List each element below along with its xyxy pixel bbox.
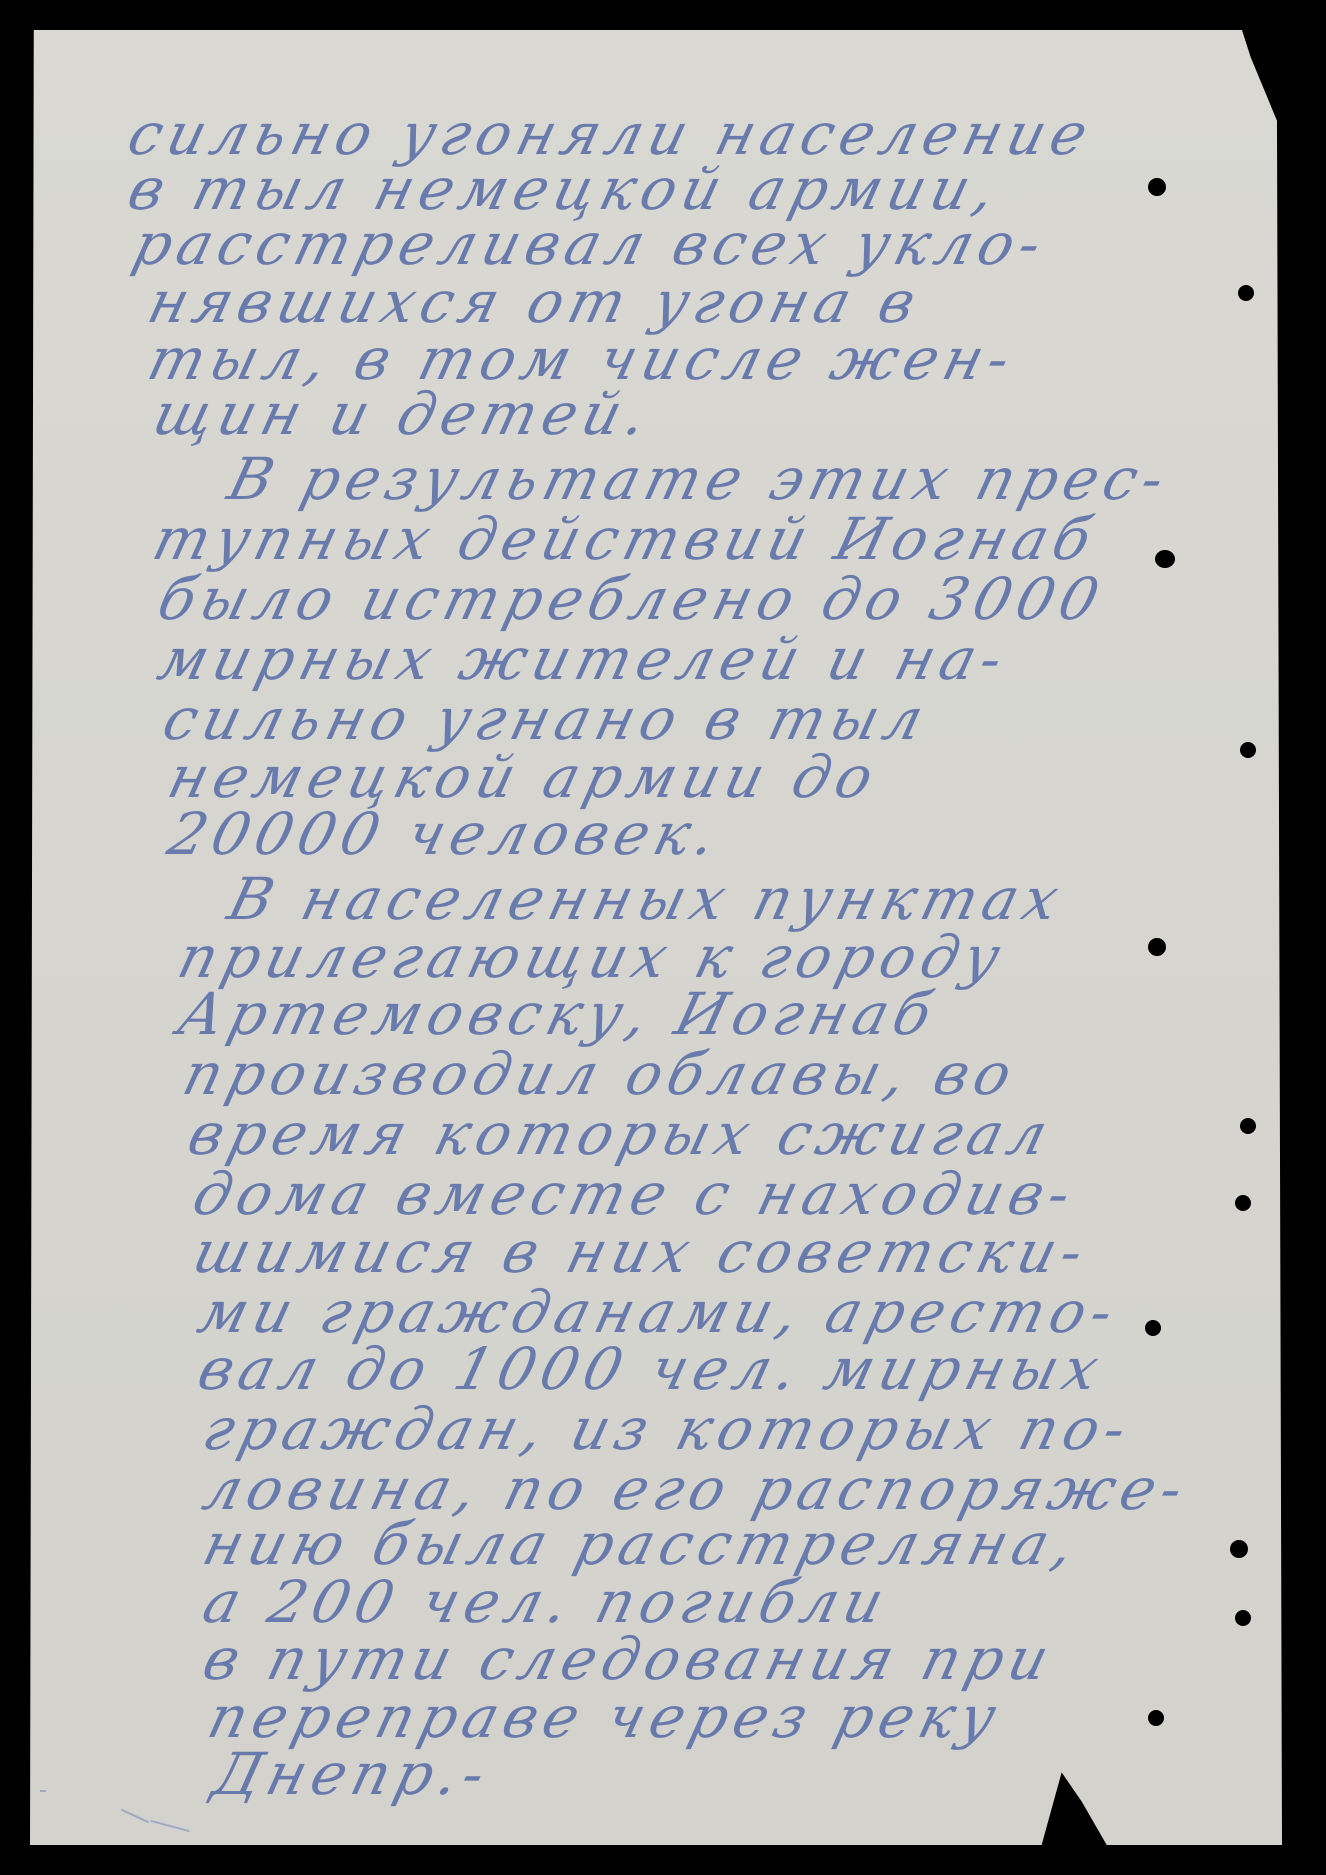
binding-hole — [1155, 550, 1175, 568]
text-line: Днепр.- — [207, 1740, 498, 1808]
binding-hole — [1230, 1540, 1248, 1558]
text-line: 20000 человек. — [162, 800, 729, 868]
binding-hole — [1238, 285, 1254, 301]
binding-hole — [1148, 178, 1166, 196]
text-line: шимися в них советски- — [187, 1218, 1096, 1286]
text-line: граждан, из которых по- — [197, 1395, 1140, 1463]
text-line: В результате этих прес- — [222, 445, 1177, 513]
ink-speck — [150, 1820, 189, 1832]
binding-hole — [1148, 1710, 1164, 1726]
text-line: Артемовску, Иогнаб — [172, 980, 945, 1048]
binding-hole — [1148, 938, 1166, 956]
binding-hole — [1240, 742, 1256, 758]
binding-hole — [1235, 1610, 1251, 1626]
text-line: производил облавы, во — [177, 1040, 1025, 1108]
binding-hole — [1145, 1320, 1161, 1336]
text-line: вал до 1000 чел. мирных — [192, 1335, 1112, 1403]
text-line: мирных жителей и на- — [152, 625, 1016, 693]
binding-hole — [1235, 1195, 1251, 1211]
document-page: сильно угоняли население в тыл немецкой … — [30, 30, 1282, 1845]
text-line: время которых сжигал — [182, 1100, 1061, 1168]
ink-speck — [121, 1809, 149, 1823]
ink-speck — [40, 1790, 46, 1792]
text-line: тупных действий Иогнаб — [147, 505, 1104, 573]
text-line: было истреблено до 3000 — [152, 565, 1112, 633]
binding-hole — [1240, 1118, 1256, 1134]
text-line: щин и детей. — [147, 380, 660, 448]
